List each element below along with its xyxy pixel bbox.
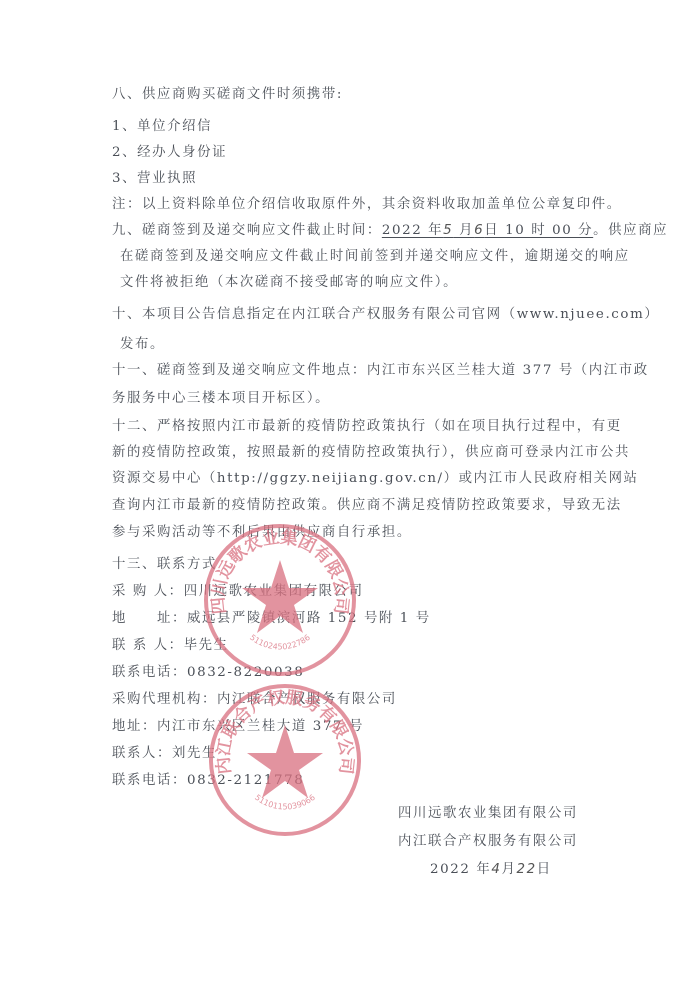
agency-address-label: 地址： xyxy=(112,719,157,734)
agency-phone-row: 联系电话：0832-2121778 xyxy=(112,772,304,790)
agency-address-value: 内江市东兴区兰桂大道 377 号 xyxy=(157,719,364,734)
deadline-suffix: 。供应商应 xyxy=(593,223,668,238)
deadline-line: 九、磋商签到及递交响应文件截止时间：2022 年5 月6日 10 时 00 分。… xyxy=(112,222,668,240)
section-8-title: 八、供应商购买磋商文件时须携带: xyxy=(112,86,343,104)
agency-phone-value: 0832-2121778 xyxy=(187,773,304,788)
signature-org-2: 内江联合产权服务有限公司 xyxy=(398,830,578,849)
section-12-line-1: 十二、严格按照内江市最新的疫情防控政策执行（如在项目执行过程中，有更 xyxy=(112,418,622,436)
address-label: 地 址： xyxy=(112,611,187,626)
date-day-suffix: 日 xyxy=(537,862,552,877)
agency-address-row: 地址：内江市东兴区兰桂大道 377 号 xyxy=(112,718,364,736)
buyer-row: 采 购 人：四川远歌农业集团有限公司 xyxy=(112,583,364,601)
section-10-line-1: 十、本项目公告信息指定在内江联合产权服务有限公司官网（www.njuee.com… xyxy=(112,306,659,324)
agency-label: 采购代理机构： xyxy=(112,692,217,707)
svg-text:5110115039066: 5110115039066 xyxy=(253,793,317,812)
note: 注：以上资料除单位介绍信收取原件外，其余资料收取加盖单位公章复印件。 xyxy=(112,196,622,214)
deadline-value: 2022 年5 月6日 10 时 00 分 xyxy=(382,223,593,238)
signature-date: 2022 年4月22日 xyxy=(430,858,552,877)
list-item: 3、营业执照 xyxy=(112,170,197,188)
section-9-line-3: 文件将被拒绝（本次磋商不接受邮寄的响应文件）。 xyxy=(120,274,458,292)
list-item: 1、单位介绍信 xyxy=(112,118,212,136)
section-13-title: 十三、联系方式 xyxy=(112,556,217,574)
date-month-handwritten: 4 xyxy=(491,862,501,877)
address-value: 威远县严陵镇滨河路 152 号附 1 号 xyxy=(187,611,431,626)
signature-org-1: 四川远歌农业集团有限公司 xyxy=(398,802,578,821)
agency-contact-value: 刘先生 xyxy=(172,746,217,761)
section-10-line-2: 发布。 xyxy=(120,336,165,354)
deadline-month-suffix: 月 xyxy=(453,223,474,238)
contact-label: 联 系 人： xyxy=(112,638,184,653)
deadline-time: 日 10 时 00 分 xyxy=(484,223,593,238)
deadline-day-handwritten: 6 xyxy=(474,223,484,238)
deadline-month-handwritten: 5 xyxy=(443,223,453,238)
section-12-line-2: 新的疫情防控政策，按照最新的疫情防控政策执行），供应商可登录内江市公共 xyxy=(112,444,630,462)
buyer-contact-row: 联 系 人：毕先生 xyxy=(112,637,229,655)
agency-phone-label: 联系电话： xyxy=(112,773,187,788)
agency-value: 内江联合产权服务有限公司 xyxy=(217,692,397,707)
phone-value: 0832-8220038 xyxy=(187,665,304,680)
phone-label: 联系电话： xyxy=(112,665,187,680)
agency-row: 采购代理机构：内江联合产权服务有限公司 xyxy=(112,691,397,709)
section-12-line-3: 资源交易中心（http://ggzy.neijiang.gov.cn/）或内江市… xyxy=(112,470,639,488)
deadline-prefix: 九、磋商签到及递交响应文件截止时间： xyxy=(112,223,382,238)
svg-text:5110245022786: 5110245022786 xyxy=(248,633,312,652)
buyer-label: 采 购 人： xyxy=(112,584,184,599)
date-day-handwritten: 22 xyxy=(516,862,536,877)
buyer-address-row: 地 址：威远县严陵镇滨河路 152 号附 1 号 xyxy=(112,610,431,628)
section-12-line-5: 参与采购活动等不利后果由供应商自行承担。 xyxy=(112,524,412,542)
buyer-phone-row: 联系电话：0832-8220038 xyxy=(112,664,304,682)
agency-contact-row: 联系人：刘先生 xyxy=(112,745,217,763)
buyer-value: 四川远歌农业集团有限公司 xyxy=(184,584,364,599)
agency-contact-label: 联系人： xyxy=(112,746,172,761)
section-9-line-2: 在磋商签到及递交响应文件截止时间前签到并递交响应文件，逾期递交的响应 xyxy=(120,248,630,266)
contact-value: 毕先生 xyxy=(184,638,229,653)
date-year: 2022 年 xyxy=(430,862,491,877)
section-11-line-1: 十一、磋商签到及递交响应文件地点：内江市东兴区兰桂大道 377 号（内江市政 xyxy=(112,362,649,380)
date-month-suffix: 月 xyxy=(501,862,516,877)
section-11-line-2: 务服务中心三楼本项目开标区）。 xyxy=(112,390,330,408)
deadline-year: 2022 年 xyxy=(382,223,443,238)
section-12-line-4: 查询内江市最新的疫情防控政策。供应商不满足疫情防控政策要求，导致无法 xyxy=(112,497,622,515)
list-item: 2、经办人身份证 xyxy=(112,144,227,162)
